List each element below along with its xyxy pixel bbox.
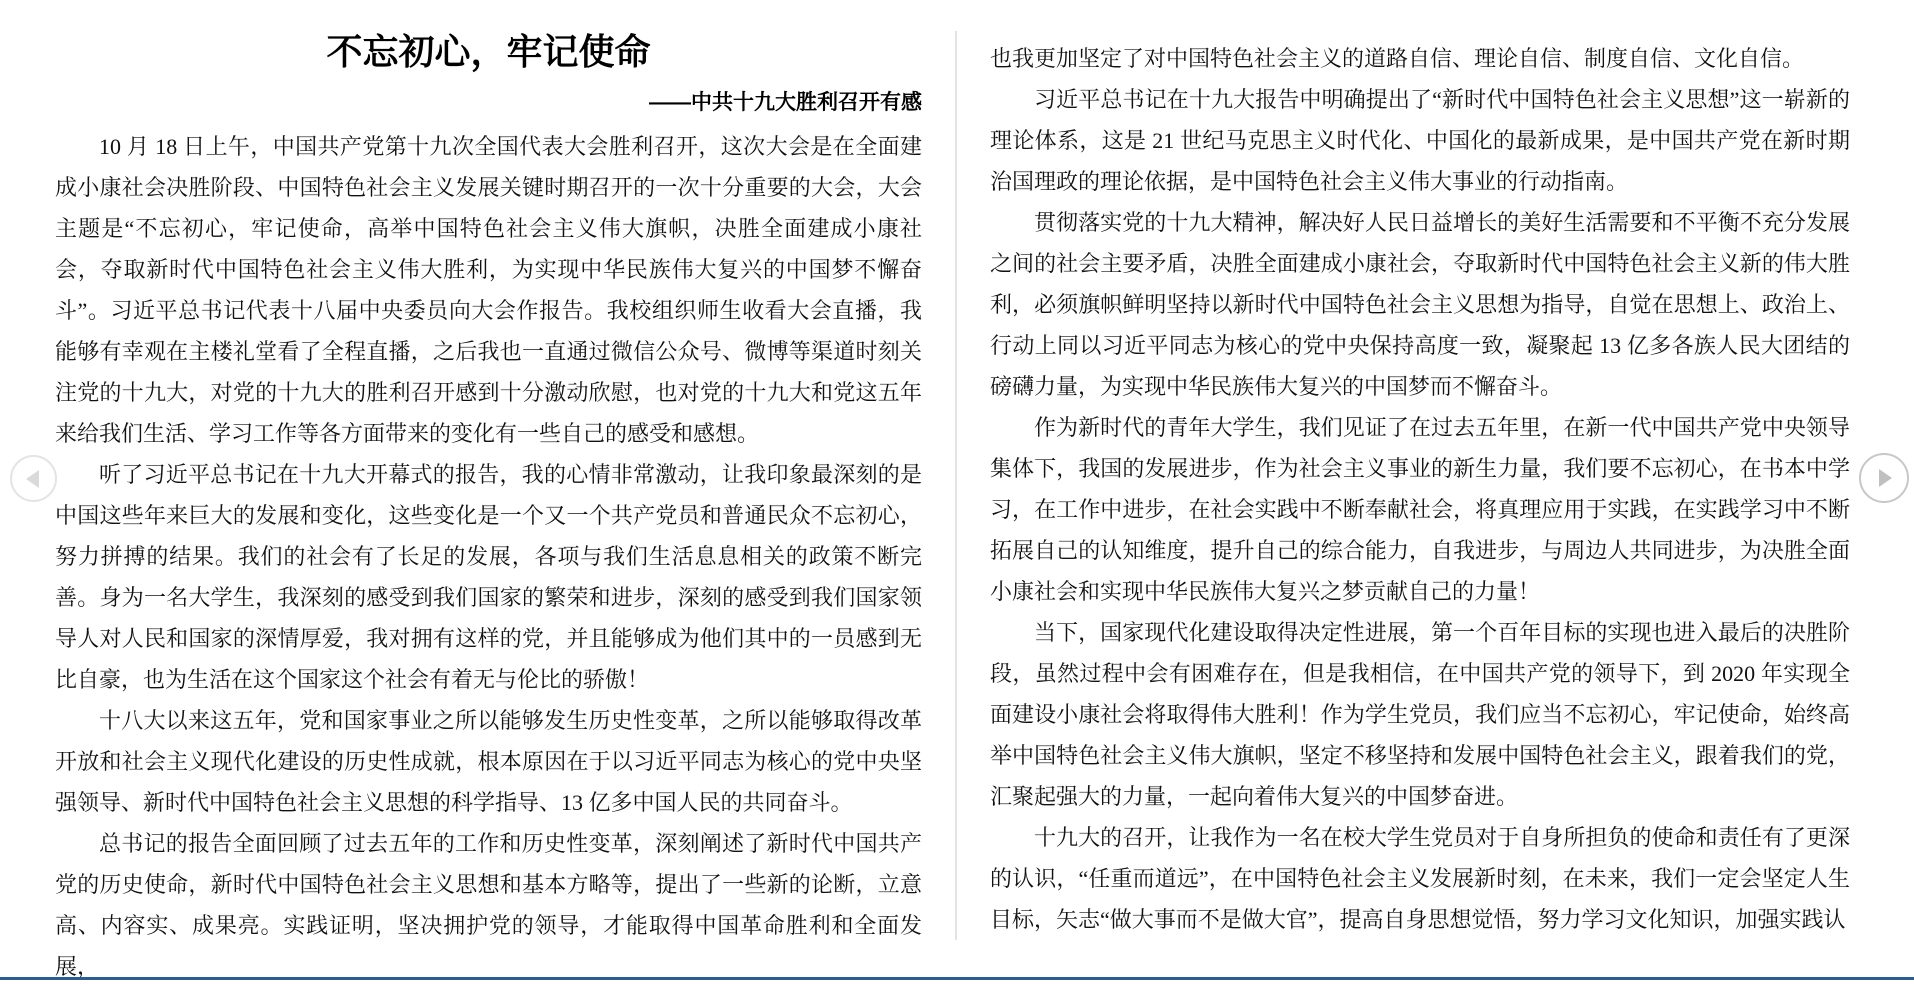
- doc-subtitle: ——中共十九大胜利召开有感: [55, 88, 922, 118]
- page-right-body: 也我更加坚定了对中国特色社会主义的道路自信、理论自信、制度自信、文化自信。习近平…: [990, 38, 1850, 940]
- doc-title: 不忘初心，牢记使命: [55, 30, 922, 74]
- paragraph: 总书记的报告全面回顾了过去五年的工作和历史性变革，深刻阐述了新时代中国共产党的历…: [55, 823, 922, 984]
- page-divider: [955, 31, 957, 940]
- paragraph: 听了习近平总书记在十九大开幕式的报告，我的心情非常激动，让我印象最深刻的是中国这…: [55, 454, 922, 700]
- prev-page-button[interactable]: [10, 455, 57, 502]
- chevron-left-icon: [26, 470, 39, 488]
- document-viewer: 不忘初心，牢记使命 ——中共十九大胜利召开有感 10 月 18 日上午，中国共产…: [0, 0, 1914, 984]
- paragraph: 十九大的召开，让我作为一名在校大学生党员对于自身所担负的使命和责任有了更深的认识…: [990, 817, 1850, 940]
- paragraph: 习近平总书记在十九大报告中明确提出了“新时代中国特色社会主义思想”这一崭新的理论…: [990, 79, 1850, 202]
- bottom-accent-bar: [0, 977, 1914, 980]
- paragraph: 10 月 18 日上午，中国共产党第十九次全国代表大会胜利召开，这次大会是在全面…: [55, 126, 922, 454]
- page-left-body: 10 月 18 日上午，中国共产党第十九次全国代表大会胜利召开，这次大会是在全面…: [55, 126, 922, 984]
- paragraph: 十八大以来这五年，党和国家事业之所以能够发生历史性变革，之所以能够取得改革开放和…: [55, 700, 922, 823]
- paragraph: 作为新时代的青年大学生，我们见证了在过去五年里，在新一代中国共产党中央领导集体下…: [990, 407, 1850, 612]
- paragraph: 也我更加坚定了对中国特色社会主义的道路自信、理论自信、制度自信、文化自信。: [990, 38, 1850, 79]
- paragraph: 贯彻落实党的十九大精神，解决好人民日益增长的美好生活需要和不平衡不充分发展之间的…: [990, 202, 1850, 407]
- next-page-button[interactable]: [1859, 453, 1909, 503]
- page-right: 也我更加坚定了对中国特色社会主义的道路自信、理论自信、制度自信、文化自信。习近平…: [990, 0, 1850, 940]
- paragraph: 当下，国家现代化建设取得决定性进展，第一个百年目标的实现也进入最后的决胜阶段，虽…: [990, 612, 1850, 817]
- chevron-right-icon: [1879, 469, 1892, 487]
- page-left: 不忘初心，牢记使命 ——中共十九大胜利召开有感 10 月 18 日上午，中国共产…: [55, 0, 922, 984]
